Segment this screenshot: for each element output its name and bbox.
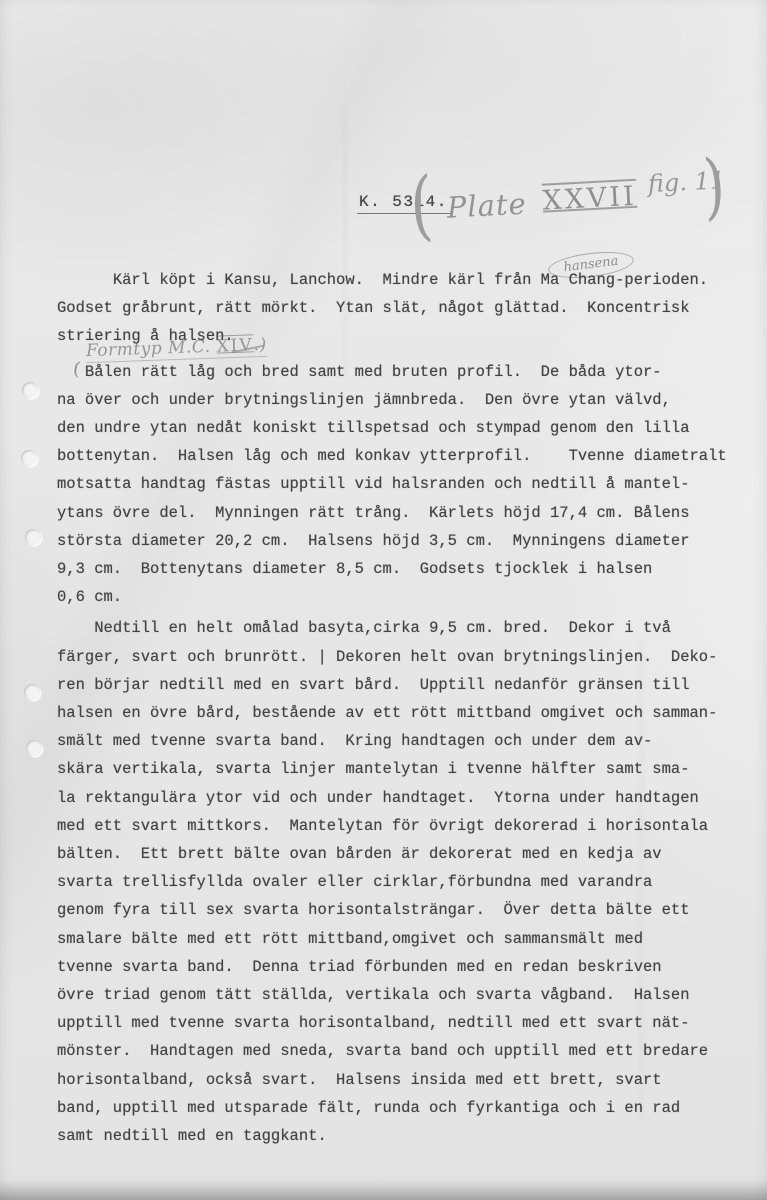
scanned-document-page: K. 5314. ( Plate XXVII fig. 11 ) hansena…: [0, 0, 767, 1200]
handwritten-plate-word: Plate: [446, 187, 528, 225]
paragraph-provenance: Kärl köpt i Kansu, Lanchow. Mindre kärl …: [57, 266, 741, 351]
punch-hole: [25, 529, 41, 545]
punch-hole: [22, 382, 38, 398]
plate-annotation: ( Plate XXVII fig. 11 ): [403, 153, 747, 263]
punch-hole: [24, 684, 40, 700]
paragraph-shape-measurements: Bålen rätt låg och bred samt med bruten …: [57, 358, 741, 612]
punch-hole: [21, 450, 37, 466]
handwritten-plate-number: XXVII: [542, 181, 638, 217]
paragraph-decoration: Nedtill en helt omålad basyta,cirka 9,5 …: [57, 614, 741, 1150]
handwritten-close-paren: ): [701, 144, 726, 227]
punch-hole: [26, 740, 42, 756]
scan-edge-shadow: [0, 1180, 767, 1200]
handwritten-open-paren: (: [408, 164, 435, 247]
document-body: Kärl köpt i Kansu, Lanchow. Mindre kärl …: [57, 266, 741, 1150]
